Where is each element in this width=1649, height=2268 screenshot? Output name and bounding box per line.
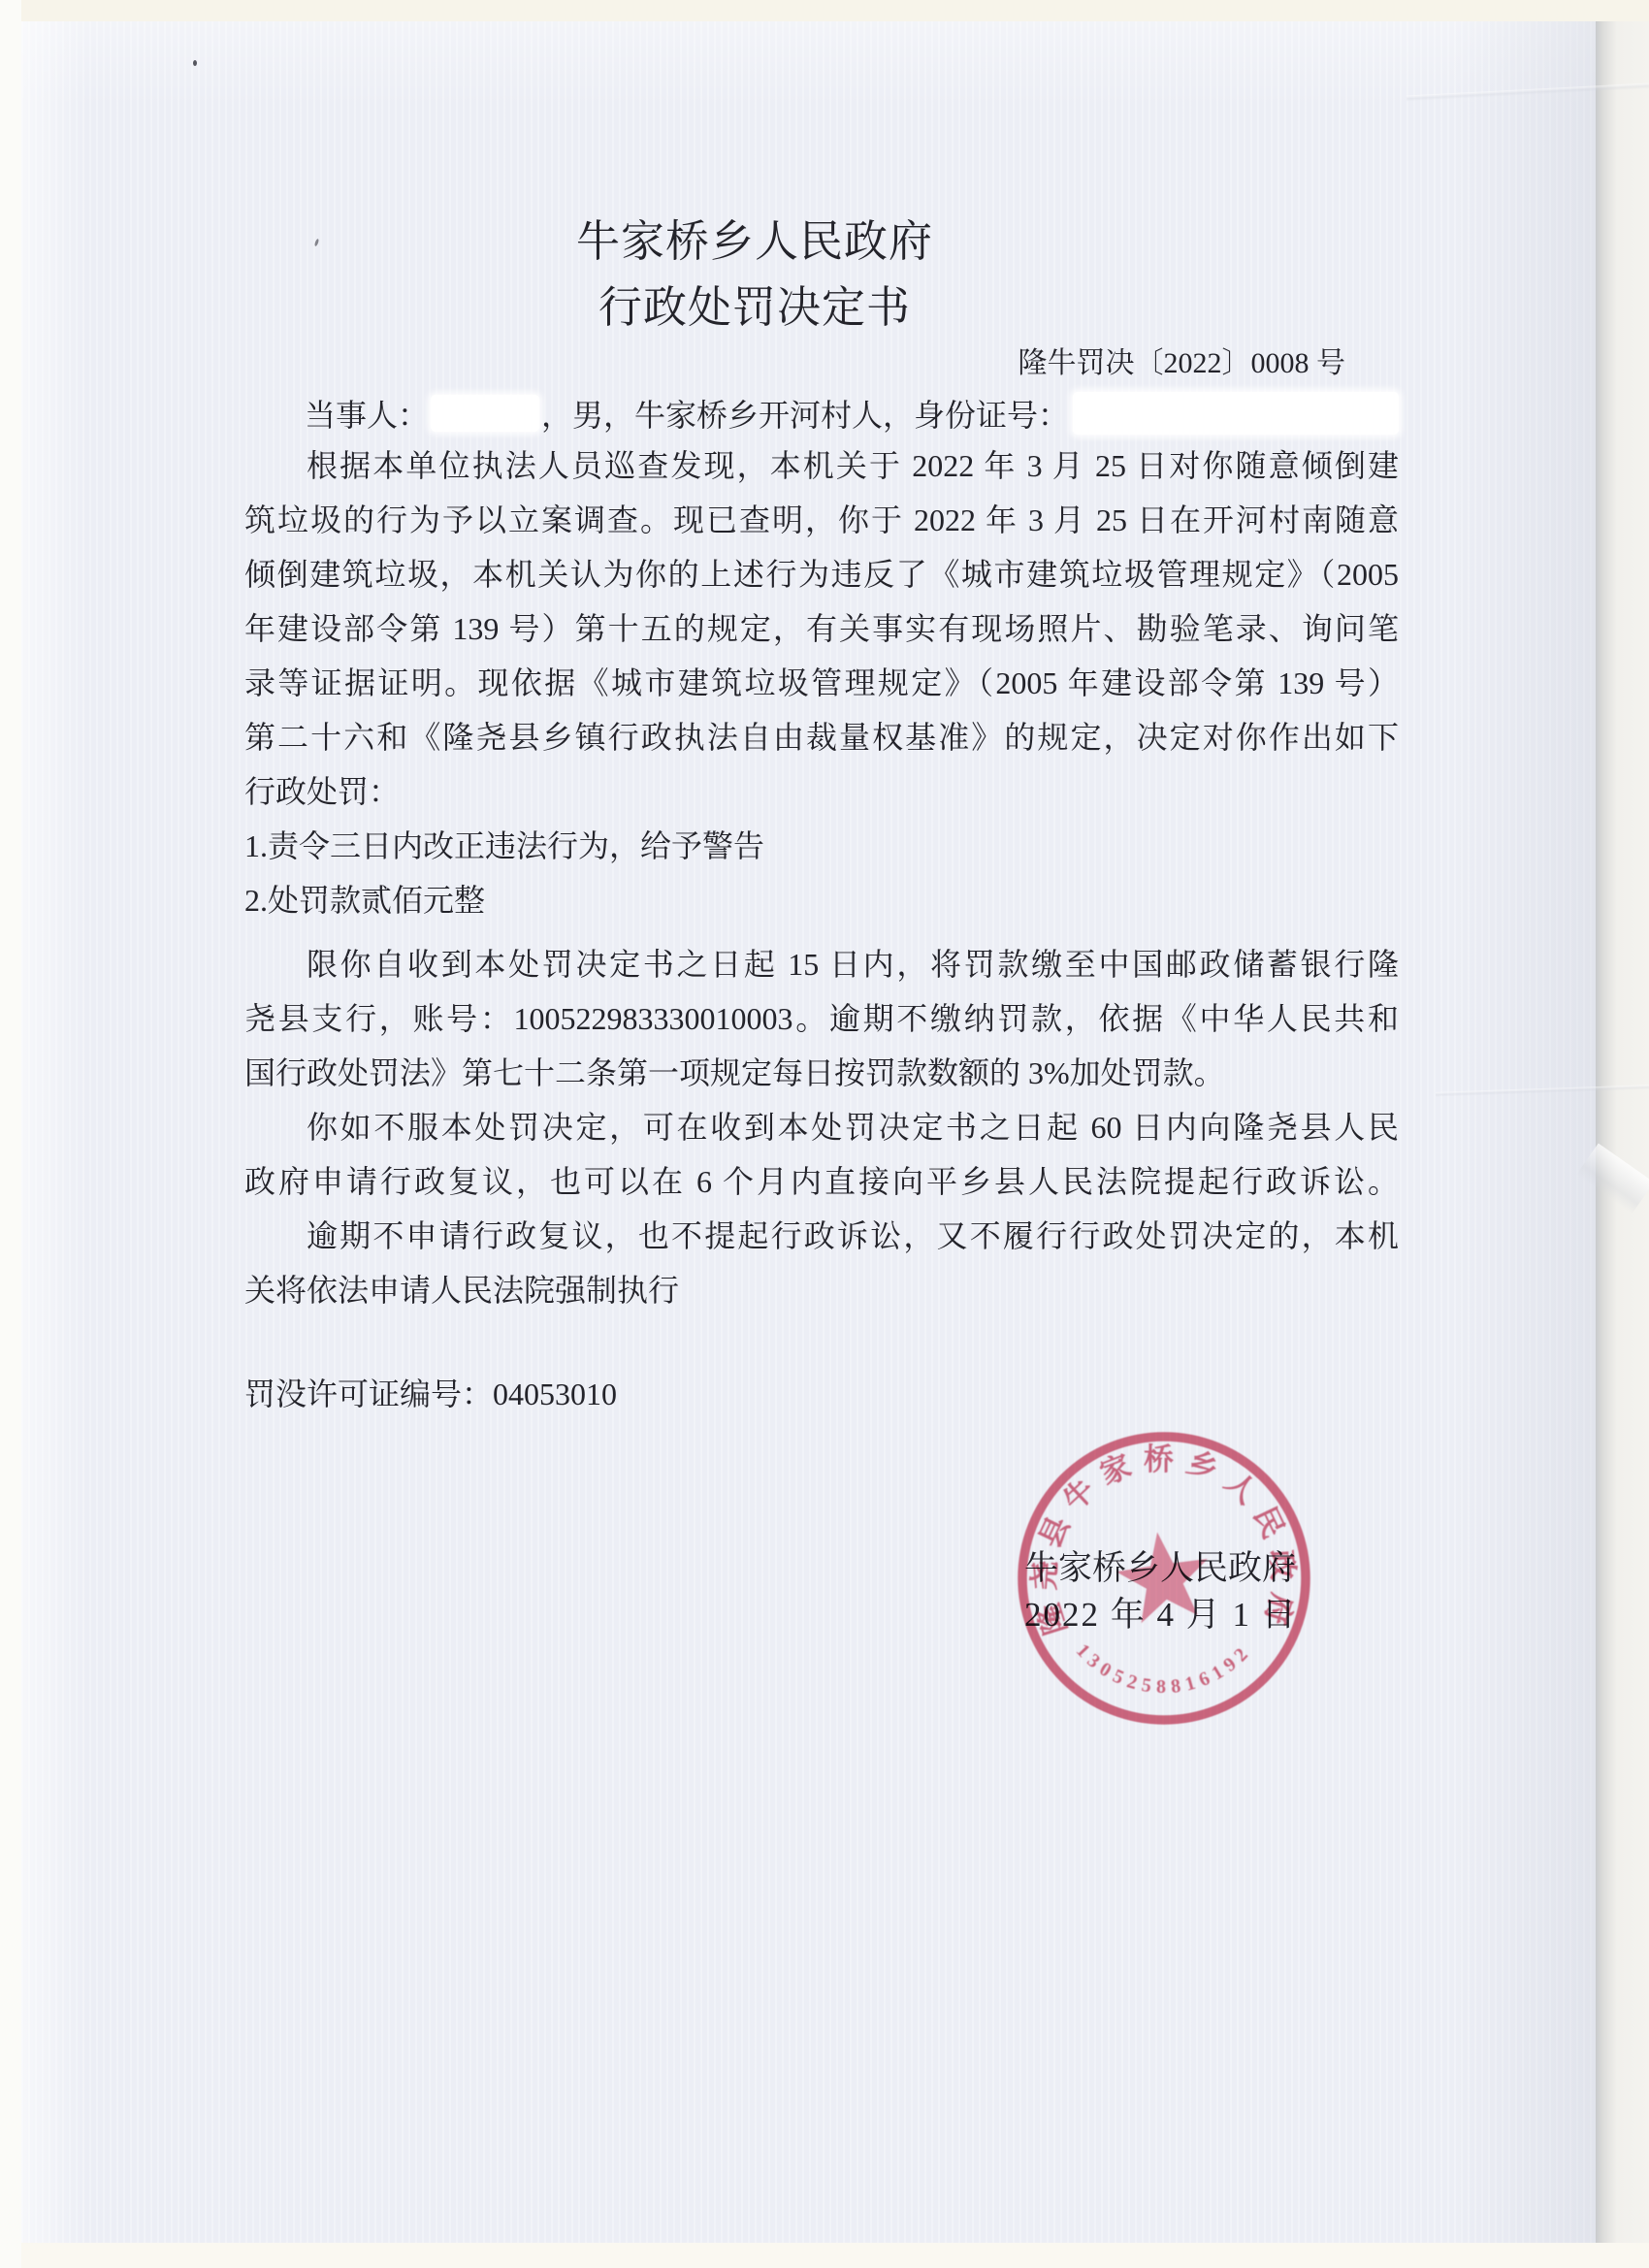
name-redaction — [431, 395, 539, 432]
penalty-item-2: 2.处罚款贰佰元整 — [244, 873, 1399, 927]
page-bottom-edge — [0, 2243, 1649, 2268]
body-line: 根据本单位执法人员巡查发现，本机关于 2022 年 3 月 25 日对你随意倾倒… — [244, 438, 1399, 493]
doc-number: 隆牛罚决〔2022〕0008 号 — [1018, 339, 1346, 381]
seal-code: 1305258816192 — [1072, 1640, 1256, 1699]
svg-text:1305258816192: 1305258816192 — [1072, 1640, 1256, 1699]
body-line: 行政处罚： — [244, 764, 1399, 819]
scan-speck — [193, 60, 197, 66]
id-number-redaction — [1073, 392, 1399, 435]
body-line: 年建设部令第 139 号）第十五的规定，有关事实有现场照片、勘验笔录、询问笔 — [244, 601, 1399, 656]
org-title: 牛家桥乡人民政府 — [576, 206, 933, 269]
party-line: 当事人： ，男，牛家桥乡开河村人，身份证号： — [244, 386, 1399, 440]
scanner-background: 牛家桥乡人民政府 行政处罚决定书 隆牛罚决〔2022〕0008 号 当事人： ，… — [0, 0, 1649, 2268]
body-line: 录等证据证明。现依据《城市建筑垃圾管理规定》（2005 年建设部令第 139 号… — [244, 656, 1399, 710]
page-left-edge — [0, 0, 21, 2268]
body-line: 国行政处罚法》第七十二条第一项规定每日按罚款数额的 3%加处罚款。 — [244, 1046, 1399, 1100]
party-details: ，男，牛家桥乡开河村人，身份证号： — [541, 391, 1069, 436]
official-seal: 隆尧县牛家桥乡人民政府 1305258816192 — [1009, 1423, 1319, 1733]
permit-number-line: 罚没许可证编号：04053010 — [244, 1370, 617, 1414]
page-right-edge-shadow — [1596, 21, 1649, 2243]
seal-star-icon — [1112, 1526, 1215, 1626]
body-line: 筑垃圾的行为予以立案调查。现已查明，你于 2022 年 3 月 25 日在开河村… — [244, 493, 1399, 547]
body-line: 你如不服本处罚决定，可在收到本处罚决定书之日起 60 日内向隆尧县人民 — [244, 1100, 1399, 1154]
body-text: 根据本单位执法人员巡查发现，本机关于 2022 年 3 月 25 日对你随意倾倒… — [244, 438, 1399, 1317]
doc-title: 行政处罚决定书 — [598, 272, 911, 335]
body-line: 倾倒建筑垃圾，本机关认为你的上述行为违反了《城市建筑垃圾管理规定》（2005 — [244, 547, 1399, 601]
body-line: 关将依法申请人民法院强制执行 — [244, 1263, 1399, 1317]
party-label: 当事人： — [305, 391, 429, 436]
body-line: 逾期不申请行政复议，也不提起行政诉讼，又不履行行政处罚决定的，本机 — [244, 1209, 1399, 1263]
body-line: 第二十六和《隆尧县乡镇行政执法自由裁量权基准》的规定，决定对你作出如下 — [244, 710, 1399, 764]
body-line: 尧县支行，账号：100522983330010003。逾期不缴纳罚款，依据《中华… — [244, 991, 1399, 1046]
body-line: 政府申请行政复议，也可以在 6 个月内直接向平乡县人民法院提起行政诉讼。 — [244, 1154, 1399, 1209]
body-line: 限你自收到本处罚决定书之日起 15 日内，将罚款缴至中国邮政储蓄银行隆 — [244, 937, 1399, 991]
penalty-item-1: 1.责令三日内改正违法行为，给予警告 — [244, 819, 1399, 873]
